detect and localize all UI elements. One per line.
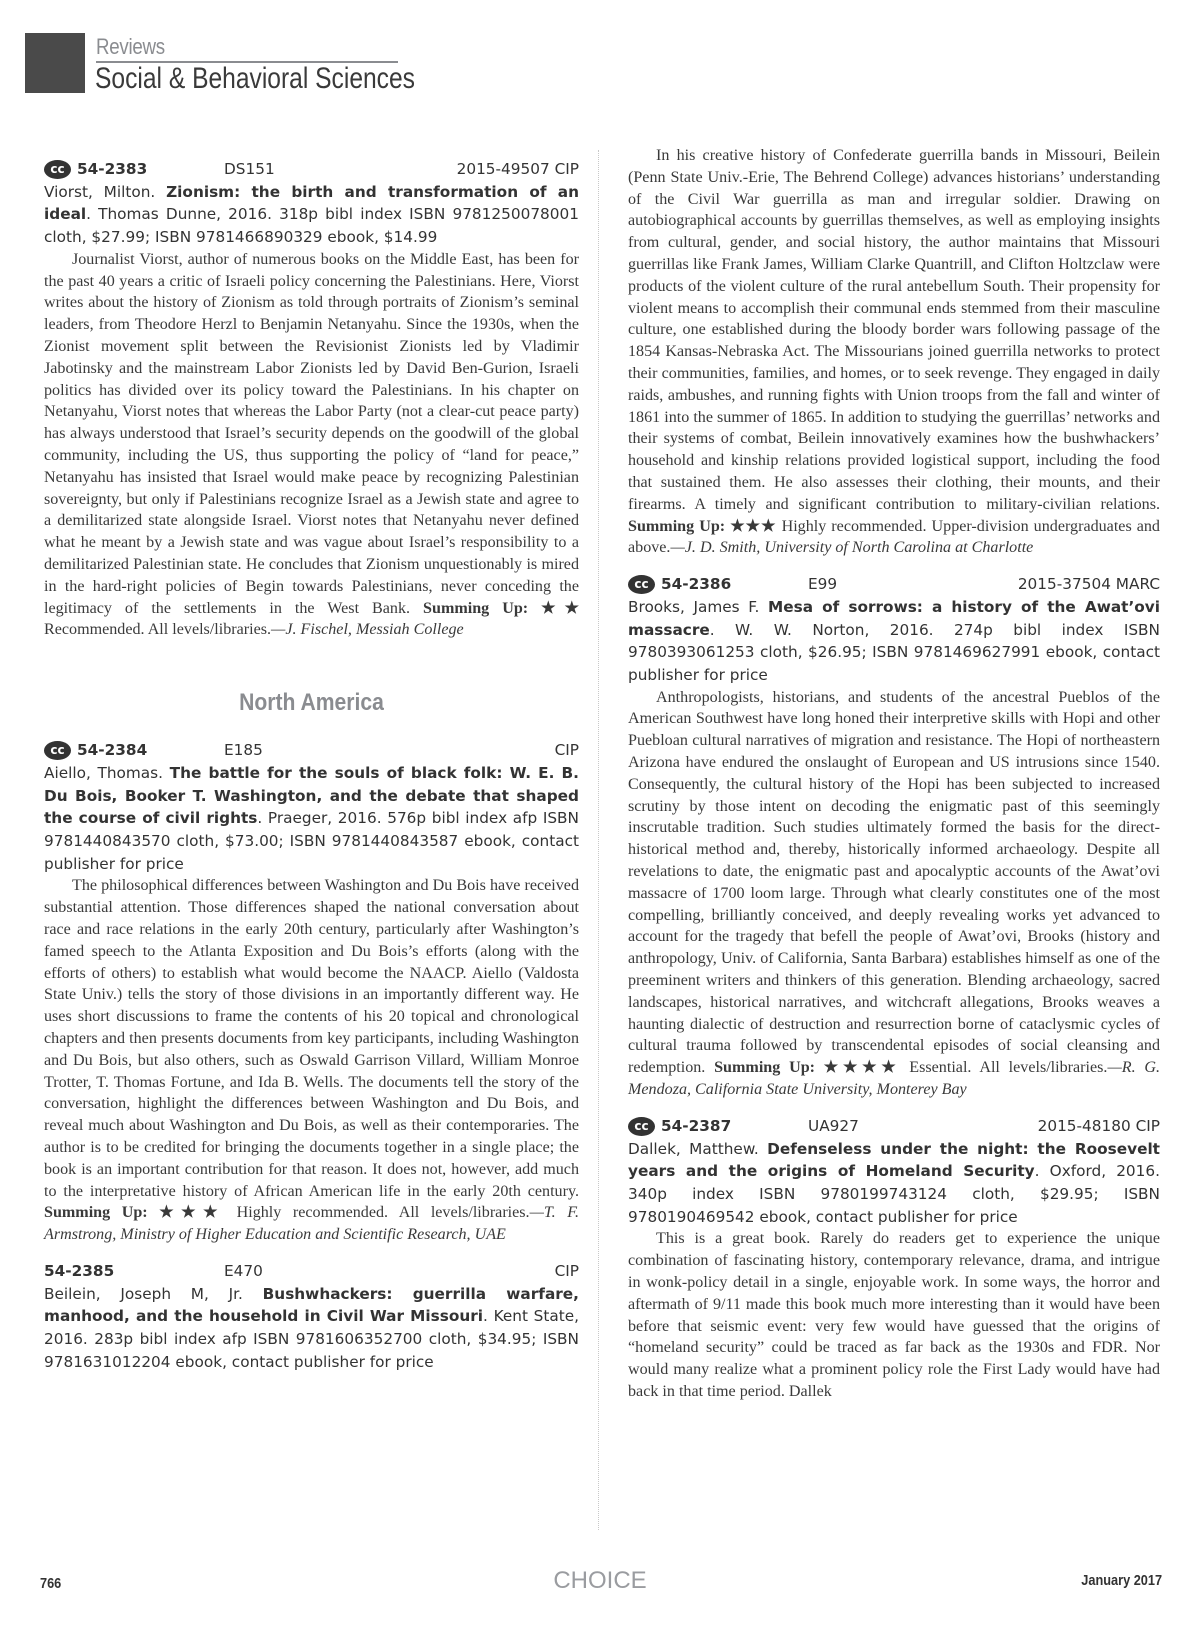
review-number: 54-2384 xyxy=(77,741,147,759)
star-rating: ★★ xyxy=(541,600,579,617)
publication-details: . Thomas Dunne, 2016. 318p bibl index IS… xyxy=(44,205,579,246)
author: Aiello, Thomas. xyxy=(44,764,163,782)
left-column: cc54-2383 DS151 2015-49507 CIP Viorst, M… xyxy=(44,158,579,1387)
bibliographic-info: Beilein, Joseph M, Jr. Bushwhackers: gue… xyxy=(44,1283,579,1374)
review-number: 54-2383 xyxy=(77,160,147,178)
review-number: 54-2387 xyxy=(661,1117,731,1135)
bibliographic-info: Viorst, Milton. Zionism: the birth and t… xyxy=(44,181,579,249)
summing-up-label: Summing Up: ★★★ xyxy=(628,518,777,535)
call-number: E470 xyxy=(224,1260,555,1283)
reviewer: —J. D. Smith, University of North Caroli… xyxy=(670,539,1033,556)
star-rating: ★★★★ xyxy=(824,1059,901,1076)
review-entry: cc54-2387 UA927 2015-48180 CIP Dallek, M… xyxy=(628,1115,1160,1403)
call-number: DS151 xyxy=(224,158,457,181)
column-divider xyxy=(598,150,599,1530)
review-entry: cc54-2384 E185 CIP Aiello, Thomas. The b… xyxy=(44,739,579,1246)
author: Viorst, Milton. xyxy=(44,183,155,201)
call-number: UA927 xyxy=(808,1115,1038,1138)
review-body: This is a great book. Rarely do readers … xyxy=(628,1228,1160,1402)
issue-date: January 2017 xyxy=(1081,1572,1162,1589)
lc-number: 2015-49507 CIP xyxy=(457,158,579,181)
core-collection-icon: cc xyxy=(628,1117,655,1136)
lc-number: CIP xyxy=(555,739,579,762)
review-entry: 54-2385 E470 CIP Beilein, Joseph M, Jr. … xyxy=(44,1260,579,1374)
review-body: In his creative history of Confederate g… xyxy=(628,145,1160,559)
review-id-line: cc54-2387 UA927 2015-48180 CIP xyxy=(628,1115,1160,1138)
author: Brooks, James F. xyxy=(628,598,759,616)
section-marker-block xyxy=(25,33,85,93)
call-number: E185 xyxy=(224,739,555,762)
call-number: E99 xyxy=(808,573,1018,596)
review-body: Journalist Viorst, author of numerous bo… xyxy=(44,249,579,641)
review-number: 54-2386 xyxy=(661,575,731,593)
core-collection-icon: cc xyxy=(628,575,655,594)
verdict: Essential. All levels/libraries. xyxy=(901,1059,1108,1076)
bibliographic-info: Aiello, Thomas. The battle for the souls… xyxy=(44,762,579,876)
bibliographic-info: Dallek, Matthew. Defenseless under the n… xyxy=(628,1138,1160,1229)
star-rating: ★★★ xyxy=(730,518,776,535)
review-body: The philosophical differences between Wa… xyxy=(44,875,579,1246)
core-collection-icon: cc xyxy=(44,160,71,179)
author: Dallek, Matthew. xyxy=(628,1140,759,1158)
review-id-line: 54-2385 E470 CIP xyxy=(44,1260,579,1283)
review-number: 54-2385 xyxy=(44,1262,114,1280)
magazine-name: CHOICE xyxy=(0,1567,1200,1595)
review-entry: cc54-2386 E99 2015-37504 MARC Brooks, Ja… xyxy=(628,573,1160,1101)
review-body: Anthropologists, historians, and student… xyxy=(628,687,1160,1101)
lc-number: 2015-37504 MARC xyxy=(1018,573,1160,596)
core-collection-icon: cc xyxy=(44,741,71,760)
reviewer: —J. Fischel, Messiah College xyxy=(271,621,464,638)
review-id-line: cc54-2383 DS151 2015-49507 CIP xyxy=(44,158,579,181)
review-body-continued: In his creative history of Confederate g… xyxy=(628,145,1160,559)
section-heading: North America xyxy=(76,689,547,717)
page-title: Social & Behavioral Sciences xyxy=(95,62,415,96)
review-id-line: cc54-2384 E185 CIP xyxy=(44,739,579,762)
summing-up-label: Summing Up: ★★★ xyxy=(44,1204,225,1221)
author: Beilein, Joseph M, Jr. xyxy=(44,1285,243,1303)
summing-up-label: Summing Up: ★★ xyxy=(423,600,579,617)
verdict: Highly recommended. All levels/libraries… xyxy=(225,1204,530,1221)
summing-up-label: Summing Up: ★★★★ xyxy=(714,1059,900,1076)
star-rating: ★★★ xyxy=(159,1204,225,1221)
lc-number: 2015-48180 CIP xyxy=(1038,1115,1160,1138)
review-entry: cc54-2383 DS151 2015-49507 CIP Viorst, M… xyxy=(44,158,579,641)
bibliographic-info: Brooks, James F. Mesa of sorrows: a hist… xyxy=(628,596,1160,687)
section-kicker: Reviews xyxy=(96,34,165,60)
verdict: Recommended. All levels/libraries. xyxy=(44,621,271,638)
review-id-line: cc54-2386 E99 2015-37504 MARC xyxy=(628,573,1160,596)
lc-number: CIP xyxy=(555,1260,579,1283)
right-column: In his creative history of Confederate g… xyxy=(628,145,1160,1417)
